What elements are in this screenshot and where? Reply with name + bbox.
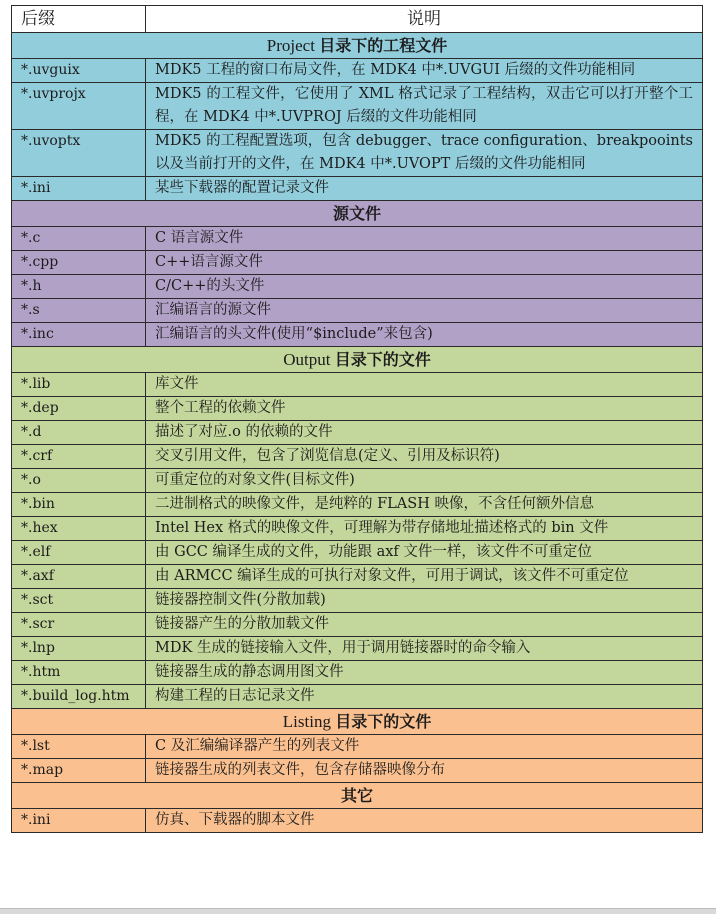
- section-title-text: 目录下的文件: [335, 712, 431, 731]
- description-cell: C++语言源文件: [146, 251, 703, 275]
- section-title: Output 目录下的文件: [12, 347, 703, 373]
- description-cell: C/C++的头文件: [146, 275, 703, 299]
- table-row: *.map链接器生成的列表文件，包含存储器映像分布: [12, 759, 703, 783]
- section-title-prefix: Output: [283, 350, 330, 369]
- description-cell: 链接器生成的列表文件，包含存储器映像分布: [146, 759, 703, 783]
- description-cell: 由 ARMCC 编译生成的可执行对象文件，可用于调试，该文件不可重定位: [146, 565, 703, 589]
- description-cell: 链接器产生的分散加载文件: [146, 613, 703, 637]
- suffix-cell: *.lib: [12, 373, 146, 397]
- description-cell: 由 GCC 编译生成的文件，功能跟 axf 文件一样，该文件不可重定位: [146, 541, 703, 565]
- section-header-row: Project 目录下的工程文件: [12, 33, 703, 59]
- suffix-cell: *.map: [12, 759, 146, 783]
- suffix-cell: *.elf: [12, 541, 146, 565]
- description-cell: 某些下载器的配置记录文件: [146, 177, 703, 201]
- table-row: *.scr链接器产生的分散加载文件: [12, 613, 703, 637]
- section-title: Listing 目录下的文件: [12, 709, 703, 735]
- description-cell: MDK5 的工程配置选项，包含 debugger、trace configura…: [146, 130, 703, 177]
- description-cell: Intel Hex 格式的映像文件，可理解为带存储地址描述格式的 bin 文件: [146, 517, 703, 541]
- table-row: *.elf由 GCC 编译生成的文件，功能跟 axf 文件一样，该文件不可重定位: [12, 541, 703, 565]
- table-row: *.axf由 ARMCC 编译生成的可执行对象文件，可用于调试，该文件不可重定位: [12, 565, 703, 589]
- table-row: *.inc汇编语言的头文件(使用“$include”来包含): [12, 323, 703, 347]
- table-row: *.sct链接器控制文件(分散加载): [12, 589, 703, 613]
- description-cell: 构建工程的日志记录文件: [146, 685, 703, 709]
- description-cell: 汇编语言的头文件(使用“$include”来包含): [146, 323, 703, 347]
- suffix-cell: *.hex: [12, 517, 146, 541]
- description-cell: MDK5 工程的窗口布局文件，在 MDK4 中*.UVGUI 后缀的文件功能相同: [146, 59, 703, 83]
- table-row: *.crf交叉引用文件，包含了浏览信息(定义、引用及标识符): [12, 445, 703, 469]
- section-title-text: 源文件: [333, 204, 381, 223]
- section-title: Project 目录下的工程文件: [12, 33, 703, 59]
- suffix-cell: *.uvguix: [12, 59, 146, 83]
- description-cell: 描述了对应.o 的依赖的文件: [146, 421, 703, 445]
- table-row: *.s汇编语言的源文件: [12, 299, 703, 323]
- description-cell: MDK 生成的链接输入文件，用于调用链接器时的命令输入: [146, 637, 703, 661]
- table-row: *.bin二进制格式的映像文件，是纯粹的 FLASH 映像，不含任何额外信息: [12, 493, 703, 517]
- section-header-row: 源文件: [12, 201, 703, 227]
- suffix-cell: *.o: [12, 469, 146, 493]
- suffix-cell: *.cpp: [12, 251, 146, 275]
- table-row: *.build_log.htm构建工程的日志记录文件: [12, 685, 703, 709]
- table-row: *.uvguixMDK5 工程的窗口布局文件，在 MDK4 中*.UVGUI 后…: [12, 59, 703, 83]
- suffix-cell: *.lnp: [12, 637, 146, 661]
- description-cell: 交叉引用文件，包含了浏览信息(定义、引用及标识符): [146, 445, 703, 469]
- description-cell: 可重定位的对象文件(目标文件): [146, 469, 703, 493]
- section-header-row: 其它: [12, 783, 703, 809]
- table-row: *.dep整个工程的依赖文件: [12, 397, 703, 421]
- suffix-cell: *.htm: [12, 661, 146, 685]
- section-title-text: 其它: [341, 786, 373, 805]
- table-row: *.lnpMDK 生成的链接输入文件，用于调用链接器时的命令输入: [12, 637, 703, 661]
- table-row: *.o可重定位的对象文件(目标文件): [12, 469, 703, 493]
- section-title-text: 目录下的工程文件: [319, 36, 447, 55]
- section-title: 源文件: [12, 201, 703, 227]
- suffix-cell: *.scr: [12, 613, 146, 637]
- suffix-cell: *.inc: [12, 323, 146, 347]
- table-row: *.lib库文件: [12, 373, 703, 397]
- description-cell: 链接器生成的静态调用图文件: [146, 661, 703, 685]
- section-header-row: Listing 目录下的文件: [12, 709, 703, 735]
- suffix-cell: *.build_log.htm: [12, 685, 146, 709]
- section-title: 其它: [12, 783, 703, 809]
- table-row: *.cC 语言源文件: [12, 227, 703, 251]
- table-header-row: 后缀 说明: [12, 6, 703, 33]
- table-row: *.cppC++语言源文件: [12, 251, 703, 275]
- table-row: *.hexIntel Hex 格式的映像文件，可理解为带存储地址描述格式的 bi…: [12, 517, 703, 541]
- description-cell: 二进制格式的映像文件，是纯粹的 FLASH 映像，不含任何额外信息: [146, 493, 703, 517]
- suffix-cell: *.crf: [12, 445, 146, 469]
- table-body: Project 目录下的工程文件*.uvguixMDK5 工程的窗口布局文件，在…: [12, 33, 703, 833]
- suffix-cell: *.uvoptx: [12, 130, 146, 177]
- description-cell: 整个工程的依赖文件: [146, 397, 703, 421]
- table-row: *.uvoptxMDK5 的工程配置选项，包含 debugger、trace c…: [12, 130, 703, 177]
- table-row: *.ini仿真、下载器的脚本文件: [12, 809, 703, 833]
- column-header-description: 说明: [146, 6, 703, 33]
- page-bottom-divider: [0, 908, 716, 914]
- suffix-cell: *.h: [12, 275, 146, 299]
- suffix-cell: *.ini: [12, 809, 146, 833]
- suffix-cell: *.ini: [12, 177, 146, 201]
- suffix-cell: *.uvprojx: [12, 83, 146, 130]
- suffix-cell: *.d: [12, 421, 146, 445]
- table-row: *.ini某些下载器的配置记录文件: [12, 177, 703, 201]
- description-cell: 链接器控制文件(分散加载): [146, 589, 703, 613]
- table-row: *.uvprojxMDK5 的工程文件，它使用了 XML 格式记录了工程结构，双…: [12, 83, 703, 130]
- section-title-text: 目录下的文件: [335, 350, 431, 369]
- table-row: *.lstC 及汇编编译器产生的列表文件: [12, 735, 703, 759]
- suffix-cell: *.lst: [12, 735, 146, 759]
- description-cell: C 及汇编编译器产生的列表文件: [146, 735, 703, 759]
- suffix-cell: *.sct: [12, 589, 146, 613]
- table-row: *.htm链接器生成的静态调用图文件: [12, 661, 703, 685]
- description-cell: 库文件: [146, 373, 703, 397]
- file-suffix-table: 后缀 说明 Project 目录下的工程文件*.uvguixMDK5 工程的窗口…: [11, 5, 703, 833]
- description-cell: C 语言源文件: [146, 227, 703, 251]
- file-suffix-table-container: 后缀 说明 Project 目录下的工程文件*.uvguixMDK5 工程的窗口…: [11, 5, 703, 833]
- section-title-prefix: Listing: [283, 712, 331, 731]
- description-cell: 汇编语言的源文件: [146, 299, 703, 323]
- section-header-row: Output 目录下的文件: [12, 347, 703, 373]
- description-cell: 仿真、下载器的脚本文件: [146, 809, 703, 833]
- suffix-cell: *.c: [12, 227, 146, 251]
- suffix-cell: *.dep: [12, 397, 146, 421]
- suffix-cell: *.s: [12, 299, 146, 323]
- suffix-cell: *.bin: [12, 493, 146, 517]
- section-title-prefix: Project: [267, 36, 315, 55]
- description-cell: MDK5 的工程文件，它使用了 XML 格式记录了工程结构，双击它可以打开整个工…: [146, 83, 703, 130]
- column-header-suffix: 后缀: [12, 6, 146, 33]
- table-row: *.d描述了对应.o 的依赖的文件: [12, 421, 703, 445]
- table-row: *.hC/C++的头文件: [12, 275, 703, 299]
- suffix-cell: *.axf: [12, 565, 146, 589]
